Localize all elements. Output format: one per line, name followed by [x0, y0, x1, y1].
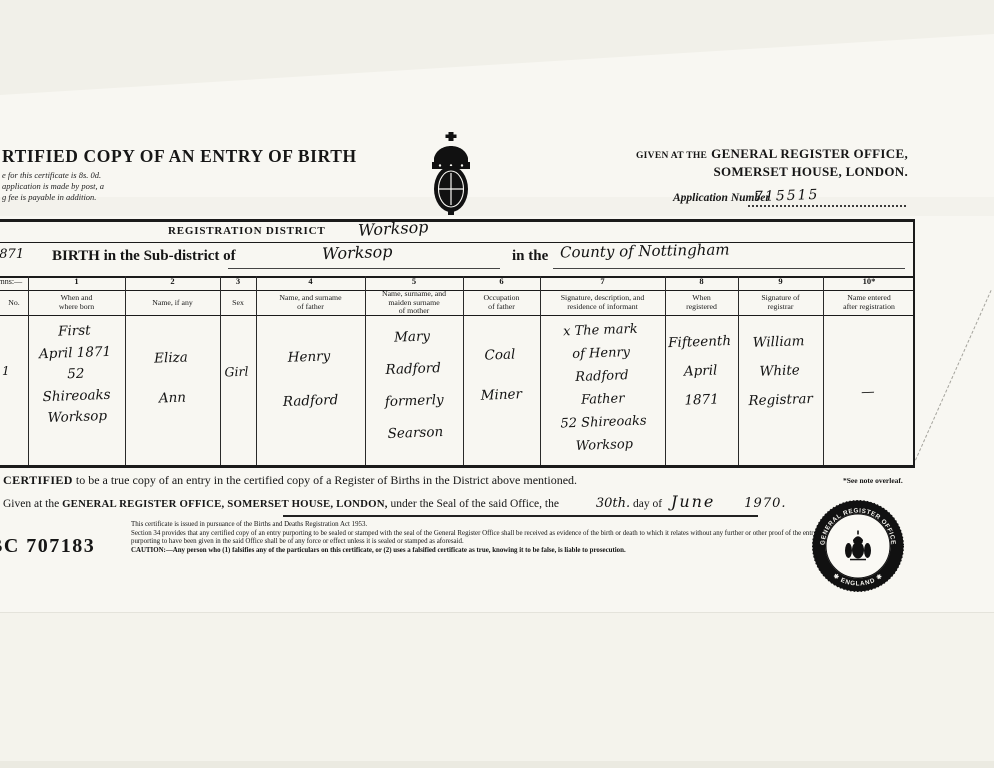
- registration-district-label: REGISTRATION DISTRICT: [168, 225, 326, 237]
- scan-edge-bottom: [0, 761, 994, 768]
- columns-caption: Columns:—: [0, 277, 22, 286]
- in-the-label: in the: [512, 248, 548, 265]
- entry-number: 1: [2, 364, 10, 378]
- birth-subdistrict-label: BIRTH in the Sub-district of: [52, 248, 236, 265]
- certificate-serial-number: BC 707183: [0, 535, 95, 558]
- column-number-5: 5: [365, 276, 463, 290]
- district-row-divider: [0, 242, 913, 243]
- registration-district-value: Worksop: [358, 217, 429, 240]
- scanned-birth-certificate: RTIFIED COPY OF AN ENTRY OF BIRTH e for …: [0, 0, 994, 768]
- column-number-10: 10*: [823, 276, 915, 290]
- cell-when-registered: Fifteenth April 1871: [662, 315, 741, 478]
- cell-informant: x The mark of Henry Radford Father 52 Sh…: [537, 314, 667, 470]
- statutory-fine-print: This certificate is issued in pursuance …: [131, 521, 909, 556]
- given-at-line2: SOMERSET HOUSE, LONDON.: [714, 164, 908, 179]
- royal-crest-icon: [420, 132, 482, 216]
- header-name-if-any: Name, if any: [125, 291, 220, 315]
- header-occupation: Occupation of father: [463, 291, 540, 315]
- column-number-4: 4: [256, 276, 365, 290]
- cell-when-where-born: First April 1871 52 Shireoaks Worksop: [25, 314, 127, 471]
- certified-rest: to be a true copy of an entry in the cer…: [76, 473, 577, 487]
- column-number-6: 6: [463, 276, 540, 290]
- act-line: This certificate is issued in pursuance …: [131, 521, 909, 529]
- given-at-office: GENERAL REGISTER OFFICE,: [711, 146, 908, 161]
- cell-registrar: William White Registrar: [735, 315, 826, 479]
- header-when-registered: When registered: [665, 291, 738, 315]
- section-line: Section 34 provides that any certified c…: [131, 530, 909, 546]
- header-informant: Signature, description, and residence of…: [540, 291, 665, 315]
- cell-father: Henry Radford: [253, 314, 368, 486]
- certified-word: CERTIFIED: [3, 473, 73, 487]
- column-number-2: 2: [125, 276, 220, 290]
- column-number-8: 8: [665, 276, 738, 290]
- subdistrict-underline: [228, 268, 500, 269]
- certified-statement: CERTIFIED to be a true copy of an entry …: [3, 473, 883, 488]
- given-at-seal-statement: Given at the GENERAL REGISTER OFFICE, SO…: [3, 492, 833, 511]
- day-of-label: day of: [633, 498, 662, 510]
- margin-year-note: 1871: [0, 247, 24, 262]
- column-number-1: 1: [28, 276, 125, 290]
- cell-name: Eliza Ann: [122, 314, 223, 488]
- header-father: Name, and surname of father: [256, 291, 365, 315]
- column-number-3: 3: [220, 276, 256, 290]
- header-sex: Sex: [220, 291, 256, 315]
- seal-middle-text: under the Seal of the said Office, the: [391, 498, 559, 510]
- certification-underline: [283, 515, 758, 517]
- box-border-top: [0, 219, 913, 222]
- subdistrict-value: Worksop: [322, 242, 393, 263]
- column-number-9: 9: [738, 276, 823, 290]
- scan-shading-top: [0, 0, 994, 95]
- given-at-prefix: GIVEN AT THE: [636, 151, 707, 161]
- given-at-address: GIVEN AT THE GENERAL REGISTER OFFICE, SO…: [605, 146, 908, 180]
- paper-crease-line: [915, 290, 992, 460]
- header-when-where-born: When and where born: [28, 291, 125, 315]
- given-prefix: Given at the: [3, 498, 59, 510]
- month-value: June: [671, 492, 716, 511]
- see-note-overleaf: *See note overleaf.: [843, 476, 903, 485]
- cell-mother: Mary Radford formerly Searson: [362, 314, 465, 471]
- header-mother: Name, surname, and maiden surname of mot…: [365, 291, 463, 315]
- application-number-value: 715515: [754, 187, 820, 205]
- header-registrar: Signature of registrar: [738, 291, 823, 315]
- scan-paper-lower-area: [0, 612, 994, 768]
- general-register-office-seal: GENERAL REGISTER OFFICE ✱ ENGLAND ✱: [812, 500, 904, 592]
- office-caps: GENERAL REGISTER OFFICE, SOMERSET HOUSE,…: [62, 498, 388, 510]
- document-title: RTIFIED COPY OF AN ENTRY OF BIRTH: [2, 146, 357, 167]
- caution-line: CAUTION:—Any person who (1) falsifies an…: [131, 547, 909, 555]
- header-no: No.: [0, 291, 28, 315]
- header-after-registration: Name entered after registration: [823, 291, 915, 315]
- column-number-7: 7: [540, 276, 665, 290]
- cell-occupation: Coal Miner: [460, 315, 543, 486]
- day-value: 30th.: [596, 496, 630, 511]
- fee-notes: e for this certificate is 8s. 0d. applic…: [2, 170, 104, 203]
- county-underline: [553, 268, 905, 269]
- county-value: County of Nottingham: [560, 241, 730, 262]
- year-value: 1970.: [744, 496, 786, 511]
